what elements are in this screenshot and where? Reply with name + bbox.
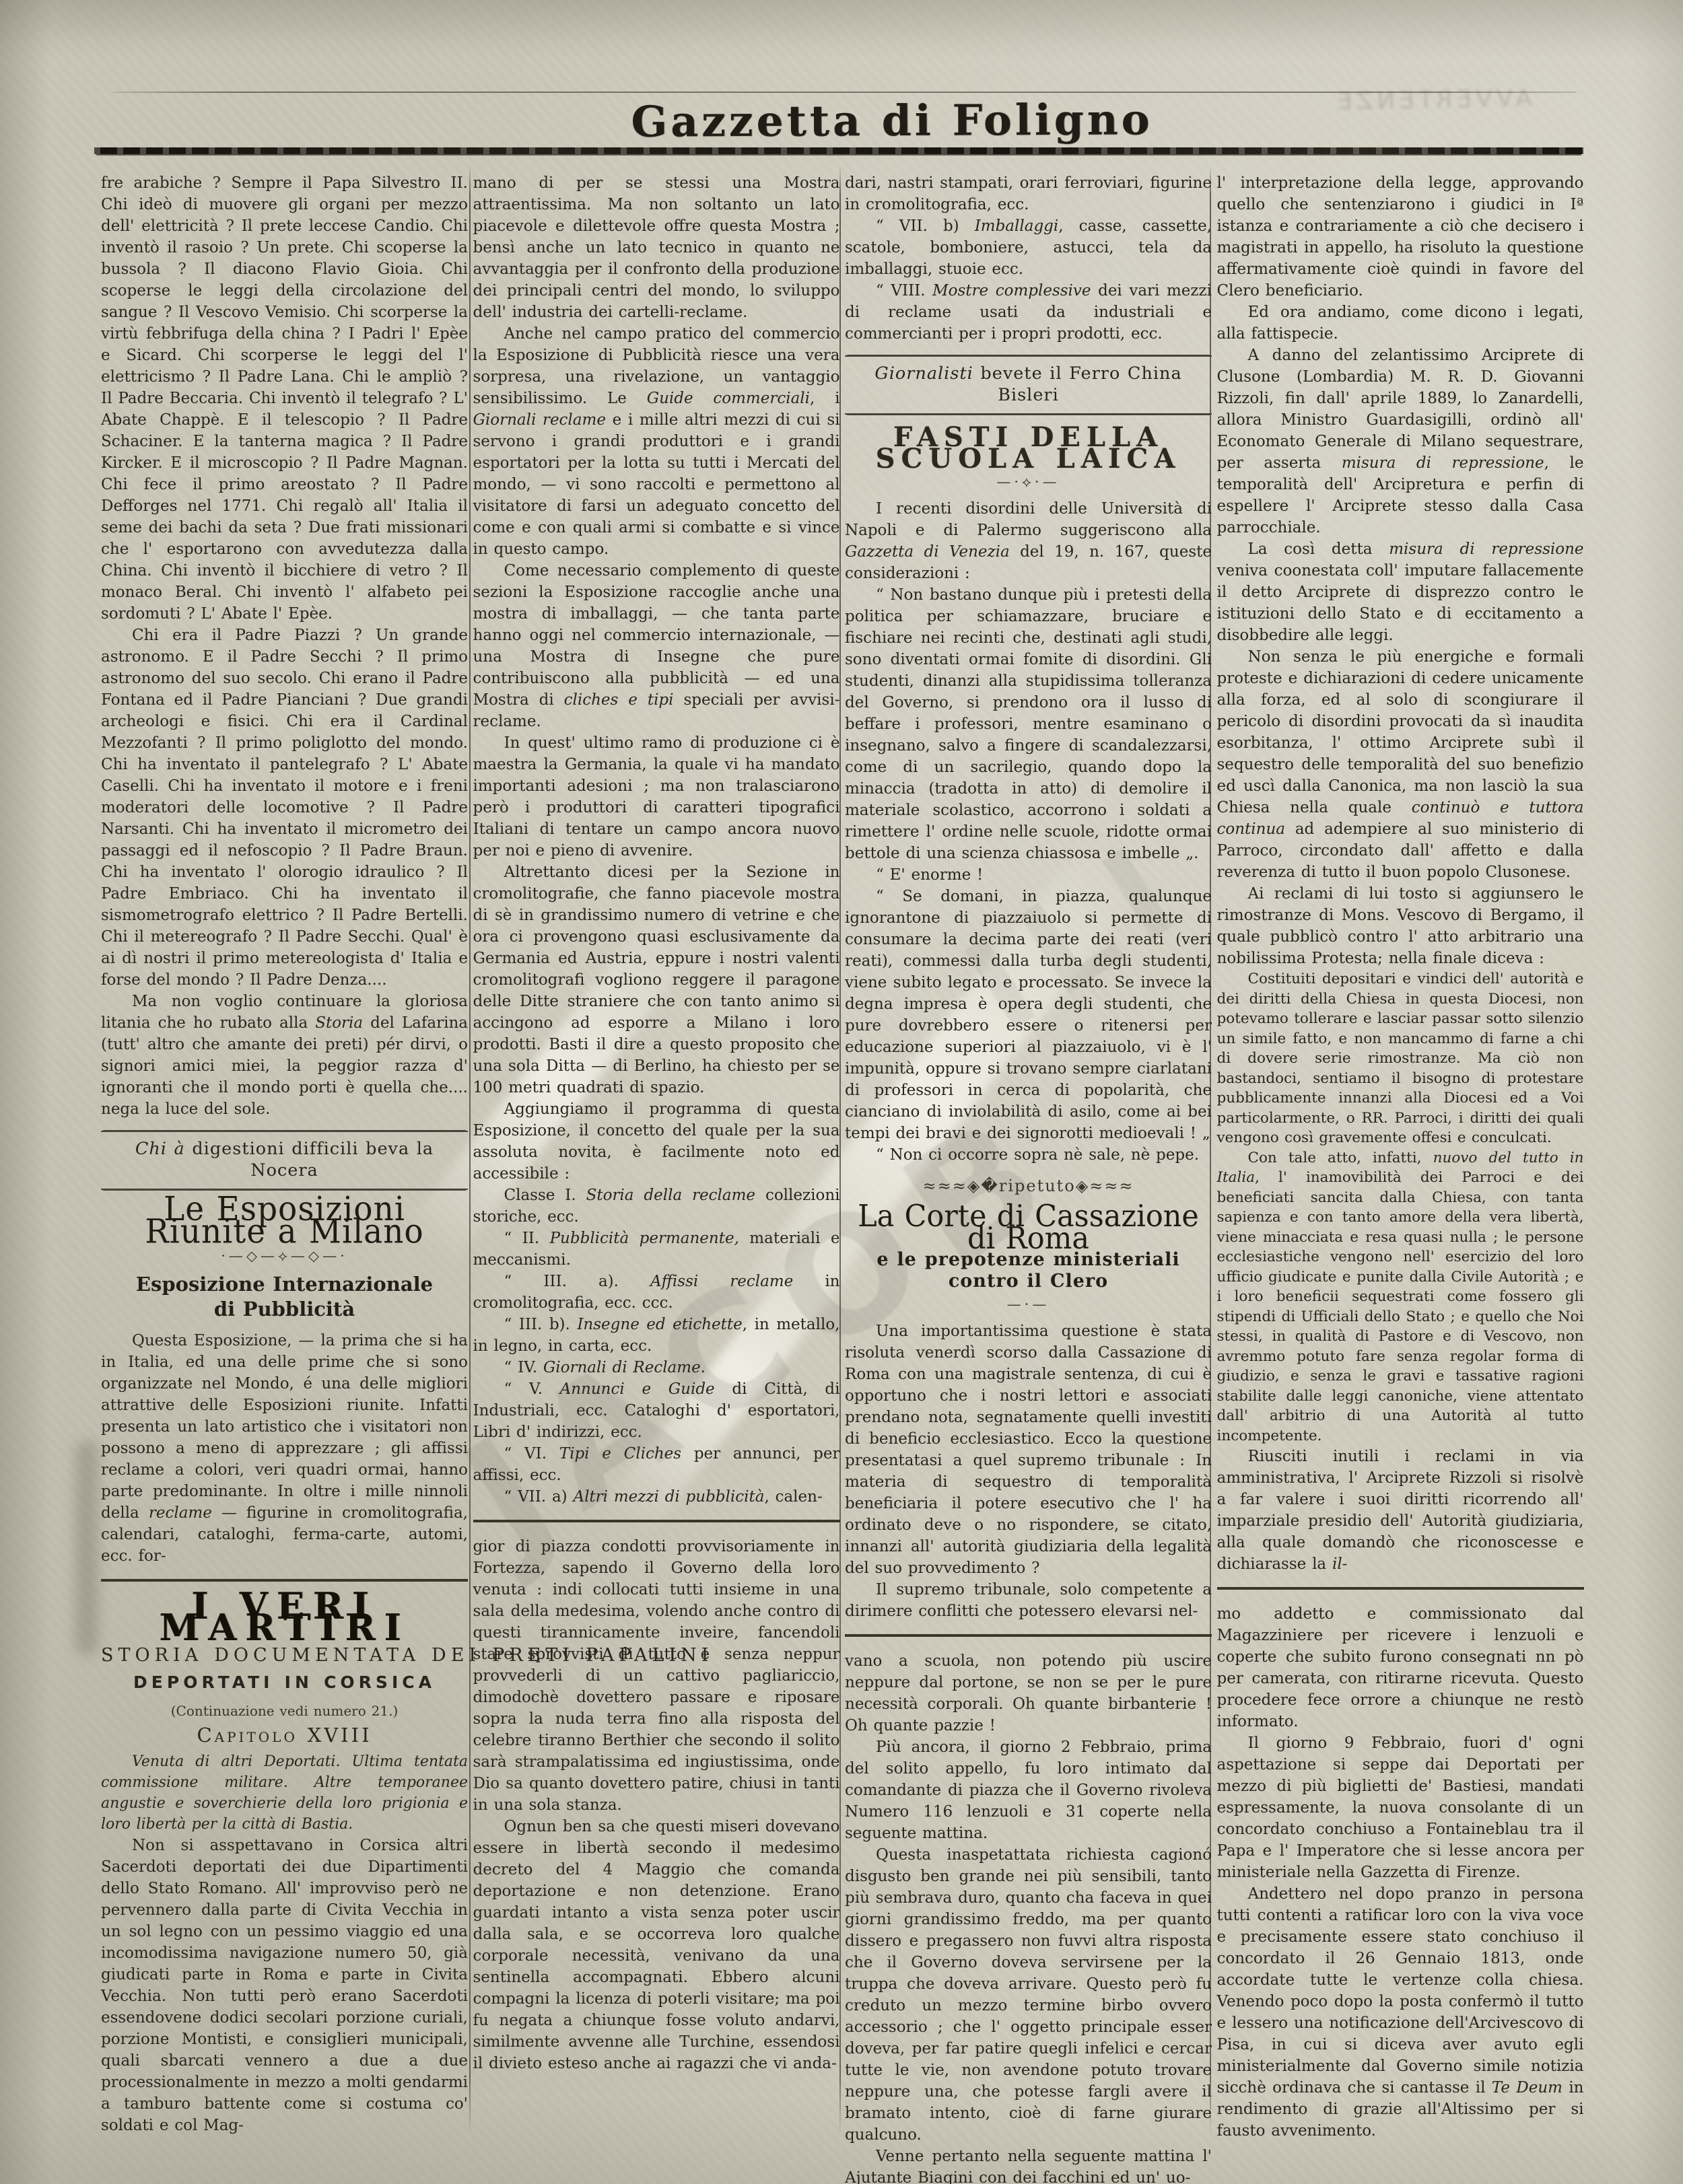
esposizioni-paragraph-5: Altrettanto dicesi per la Sezione in cro… xyxy=(473,861,840,1098)
esposizioni-paragraph-1: Questa Esposizione, — la prima che si ha… xyxy=(101,1330,468,1567)
martiri-paragraph-3: Ognun ben sa che questi miseri dovevano … xyxy=(473,1816,840,2074)
martiri-paragraph-10: Andettero nel dopo pranzo in persona tut… xyxy=(1217,1883,1584,2142)
ornament-corte: —·— xyxy=(845,1294,1212,1315)
protesta-quote-1: Costituiti depositari e vindici dell' au… xyxy=(1217,969,1584,1148)
column-2: mano di per se stessi una Mostra attraen… xyxy=(473,172,840,2184)
esposizioni-paragraph-4: In quest' ultimo ramo di produzione ci è… xyxy=(473,732,840,861)
programma-classe-7b: “ VII. b) Imballaggi, casse, cassette, s… xyxy=(845,215,1212,280)
scan-shading xyxy=(0,0,1683,61)
esposizioni-paragraph-6: Aggiungiamo il programma di questa Espos… xyxy=(473,1098,840,1185)
esposizioni-paragraph-2: Anche nel campo pratico del commercio la… xyxy=(473,323,840,560)
programma-classe-6: “ VI. Tipi e Cliches per annunci, per af… xyxy=(473,1443,840,1486)
litany-paragraph-2: Chi era il Padre Piazzi ? Un grande astr… xyxy=(101,625,468,991)
chapter-abstract: Venuta di altri Deportati. Ultima tentat… xyxy=(101,1751,468,1835)
headline-fasti-scuola-laica: FASTI DELLA SCUOLA LAICA xyxy=(845,427,1212,470)
section-rule xyxy=(1217,1587,1584,1590)
corte-paragraph-3: Ed ora andiamo, come dicono i legati, al… xyxy=(1217,302,1584,345)
martiri-paragraph-7: Venne pertanto nella seguente mattina l'… xyxy=(845,2146,1212,2184)
masthead-title: Gazzetta di Foligno xyxy=(50,92,1683,149)
corte-paragraph-1: Una importantissima questione è stata ri… xyxy=(845,1320,1212,1579)
corte-paragraph-5: La così detta misura di repressione veni… xyxy=(1217,538,1584,646)
masthead-rule xyxy=(94,147,1583,154)
martiri-paragraph-2: gior di piazza condotti provvisoriamente… xyxy=(473,1536,840,1816)
programma-classe-2: “ II. Pubblicità permanente, materiali e… xyxy=(473,1228,840,1271)
fasti-paragraph-5: “ Non ci occorre sopra nè sale, nè pepe. xyxy=(845,1144,1212,1166)
programma-classe-3a: “ III. a). Affissi reclame in cromolitog… xyxy=(473,1271,840,1314)
ad-nocera: Chi à digestioni difficili beva la Nocer… xyxy=(101,1131,468,1190)
section-rule xyxy=(845,1634,1212,1637)
fasti-paragraph-1: I recenti disordini delle Università di … xyxy=(845,498,1212,584)
continuation-note: (Continuazione vedi numero 21.) xyxy=(101,1700,468,1722)
martiri-paragraph-9: Il giorno 9 Febbraio, fuori d' ogni aspe… xyxy=(1217,1732,1584,1883)
programma-classe-7a-continuation: dari, nastri stampati, orari ferroviari,… xyxy=(845,172,1212,215)
column-3: dari, nastri stampati, orari ferroviari,… xyxy=(845,172,1212,2184)
corte-paragraph-8: Riusciti inutili i reclami in via ammini… xyxy=(1217,1446,1584,1575)
corte-paragraph-6: Non senza le più energiche e formali pro… xyxy=(1217,646,1584,883)
programma-classe-1: Classe I. Storia della reclame collezion… xyxy=(473,1185,840,1228)
fasti-paragraph-3: “ E' enorme ! xyxy=(845,864,1212,886)
column-1: fre arabiche ? Sempre il Papa Silvestro … xyxy=(101,172,468,2184)
subhead-storia-documentata: STORIA DOCUMENTATA DEI PRETI PAPALINI xyxy=(101,1645,468,1666)
martiri-paragraph-6: Questa inaspetattata richiesta cagionó d… xyxy=(845,1844,1212,2146)
litany-continuation: fre arabiche ? Sempre il Papa Silvestro … xyxy=(101,172,468,625)
scan-smudge xyxy=(75,1440,98,1656)
martiri-paragraph-8: mo addetto e commissionato dal Magazzini… xyxy=(1217,1603,1584,1732)
corte-continuation: l' interpretazione della legge, approvan… xyxy=(1217,172,1584,302)
columns: fre arabiche ? Sempre il Papa Silvestro … xyxy=(101,172,1583,2184)
fasti-paragraph-4: “ Se domani, in piazza, qualunque ignora… xyxy=(845,886,1212,1144)
martiri-paragraph-1: Non si asspettavano in Corsica altri Sac… xyxy=(101,1835,468,2136)
subhead-esposizione-internazionale: Esposizione Internazionaledi Pubblicità xyxy=(101,1272,468,1322)
headline-esposizioni: Le Esposizioni Riunite a Milano xyxy=(101,1198,468,1243)
corte-paragraph-4: A danno del zelantissimo Arciprete di Cl… xyxy=(1217,345,1584,538)
newspaper-page: JACOB ILI AVVERTENZE Gazzetta di Foligno… xyxy=(0,0,1683,2184)
top-rule xyxy=(113,92,1577,93)
martiri-paragraph-4: vano a scuola, non potendo più uscire ne… xyxy=(845,1650,1212,1736)
fasti-paragraph-2: “ Non bastano dunque più i pretesti dell… xyxy=(845,584,1212,864)
programma-classe-4: “ IV. Giornali di Reclame. xyxy=(473,1357,840,1378)
esposizioni-paragraph-3: Come necessario complemento di queste se… xyxy=(473,560,840,732)
section-rule xyxy=(473,1520,840,1522)
section-rule xyxy=(101,1579,468,1582)
martiri-paragraph-5: Più ancora, il giorno 2 Febbraio, prima … xyxy=(845,1736,1212,1844)
programma-classe-5: “ V. Annunci e Guide di Città, di Indust… xyxy=(473,1378,840,1443)
programma-classe-7a: “ VII. a) Altri mezzi di pubblicità, cal… xyxy=(473,1486,840,1508)
headline-corte-cassazione: La Corte di Cassazione di Roma xyxy=(845,1205,1212,1250)
subhead-deportati-corsica: DEPORTATI IN CORSICA xyxy=(101,1672,468,1693)
corte-paragraph-2: Il supremo tribunale, solo competente a … xyxy=(845,1579,1212,1622)
esposizioni-continuation: mano di per se stessi una Mostra attraen… xyxy=(473,172,840,323)
protesta-quote-2: Con tale atto, infatti, nuovo del tutto … xyxy=(1217,1148,1584,1446)
headline-veri-martiri: I VERI MARTIRI xyxy=(101,1595,468,1638)
column-4: l' interpretazione della legge, approvan… xyxy=(1217,172,1584,2184)
ornament-divider: ≈≈≈◈�ripetuto◈≈≈≈ xyxy=(845,1175,1212,1197)
ad-ferro-china-bisleri: Giornalisti bevete il Ferro China Bisler… xyxy=(845,355,1212,415)
chapter-heading: Capitolo XVIII xyxy=(101,1724,468,1746)
corte-paragraph-7: Ai reclami di lui tosto si aggiunsero le… xyxy=(1217,883,1584,969)
litany-paragraph-3: Ma non voglio continuare la gloriosa lit… xyxy=(101,991,468,1120)
programma-classe-8: “ VIII. Mostre complessive dei vari mezz… xyxy=(845,280,1212,345)
programma-classe-3b: “ III. b). Insegne ed etichette, in meta… xyxy=(473,1314,840,1357)
